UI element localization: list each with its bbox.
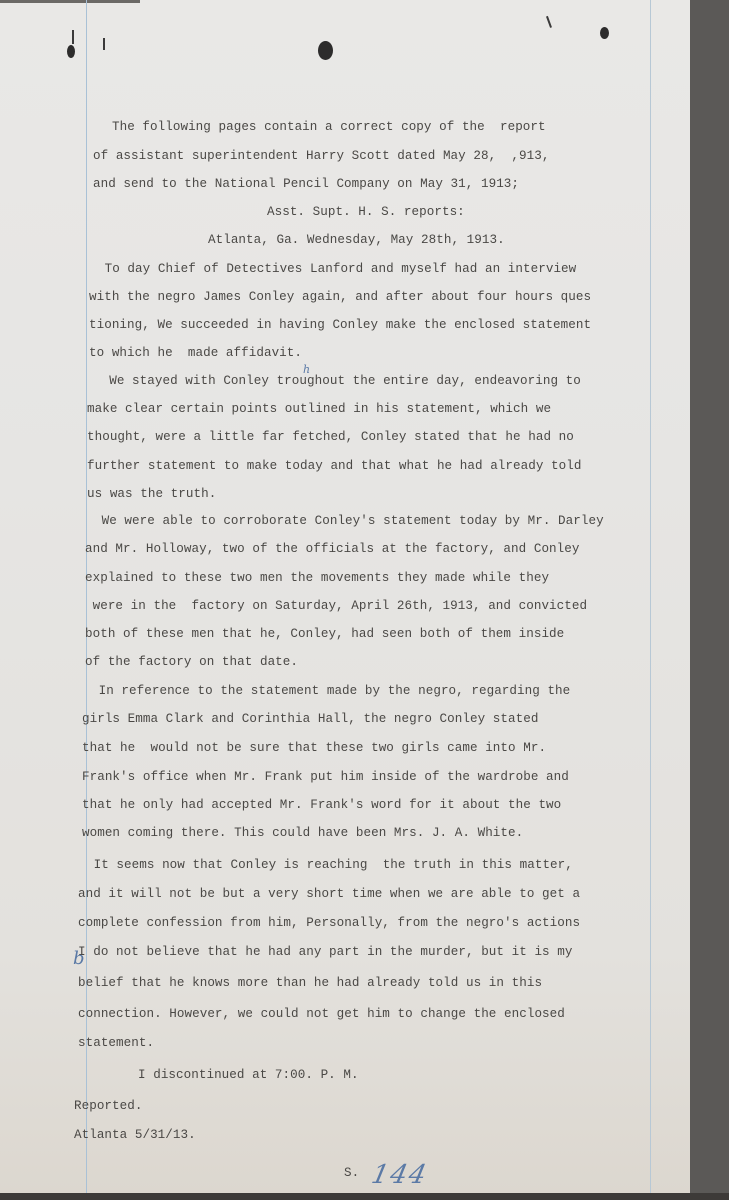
paragraph-3-line: both of these men that he, Conley, had s…	[85, 627, 564, 641]
paragraph-3-line: of the factory on that date.	[85, 655, 298, 669]
right-margin-line	[650, 0, 651, 1193]
paragraph-1-line: to which he made affidavit.	[89, 346, 302, 360]
paragraph-1-line: with the negro James Conley again, and a…	[89, 290, 591, 304]
dateline: Atlanta, Ga. Wednesday, May 28th, 1913.	[208, 233, 505, 247]
paragraph-3-line: and Mr. Holloway, two of the officials a…	[85, 542, 580, 556]
paragraph-3-line: explained to these two men the movements…	[85, 571, 549, 585]
paragraph-4-line: girls Emma Clark and Corinthia Hall, the…	[82, 712, 538, 726]
intro-line: and send to the National Pencil Company …	[93, 177, 519, 191]
punch-hole-icon	[600, 27, 609, 39]
signoff-line: Atlanta 5/31/13.	[74, 1128, 196, 1142]
paragraph-2-line: thought, were a little far fetched, Conl…	[87, 430, 574, 444]
paragraph-4-line: In reference to the statement made by th…	[91, 684, 570, 698]
paragraph-5-line: statement.	[78, 1036, 154, 1050]
scan-background-right	[690, 0, 729, 1200]
paragraph-2-line: us was the truth.	[87, 487, 216, 501]
paragraph-5-line: and it will not be but a very short time…	[78, 887, 580, 901]
closing-line: I discontinued at 7:00. P. M.	[138, 1068, 359, 1082]
intro-line: of assistant superintendent Harry Scott …	[93, 149, 549, 163]
paragraph-5-line: complete confession from him, Personally…	[78, 916, 580, 930]
reported-line: Reported.	[74, 1099, 142, 1113]
paragraph-5-line: I do not believe that he had any part in…	[78, 945, 573, 959]
paragraph-4-line: that he only had accepted Mr. Frank's wo…	[82, 798, 561, 812]
footer-mark: S.	[344, 1166, 359, 1180]
handwritten-correction: b	[73, 948, 85, 969]
paragraph-5-line: belief that he knows more than he had al…	[78, 976, 542, 990]
report-heading: Asst. Supt. H. S. reports:	[267, 205, 465, 219]
paragraph-2-line: We stayed with Conley troughout the enti…	[94, 374, 581, 388]
handwritten-correction: h	[303, 363, 310, 376]
scan-edge-bottom	[0, 1193, 729, 1200]
ink-mark	[72, 30, 74, 44]
punch-hole-icon	[67, 45, 75, 58]
handwritten-page-number: 144	[369, 1160, 431, 1190]
paragraph-1-line: To day Chief of Detectives Lanford and m…	[97, 262, 576, 276]
paragraph-4-line: women coming there. This could have been…	[82, 826, 523, 840]
paragraph-3-line: We were able to corroborate Conley's sta…	[94, 514, 604, 528]
paragraph-2-line: further statement to make today and that…	[87, 459, 582, 473]
paragraph-2-line: make clear certain points outlined in hi…	[87, 402, 551, 416]
paragraph-4-line: Frank's office when Mr. Frank put him in…	[82, 770, 569, 784]
scan-edge-top	[0, 0, 140, 3]
paragraph-1-line: tioning, We succeeded in having Conley m…	[89, 318, 591, 332]
punch-hole-icon	[318, 41, 333, 60]
paragraph-3-line: were in the factory on Saturday, April 2…	[85, 599, 587, 613]
paragraph-5-line: connection. However, we could not get hi…	[78, 1007, 565, 1021]
intro-line: The following pages contain a correct co…	[112, 120, 546, 134]
paragraph-4-line: that he would not be sure that these two…	[82, 741, 546, 755]
paragraph-5-line: It seems now that Conley is reaching the…	[86, 858, 573, 872]
ink-mark	[103, 38, 105, 50]
